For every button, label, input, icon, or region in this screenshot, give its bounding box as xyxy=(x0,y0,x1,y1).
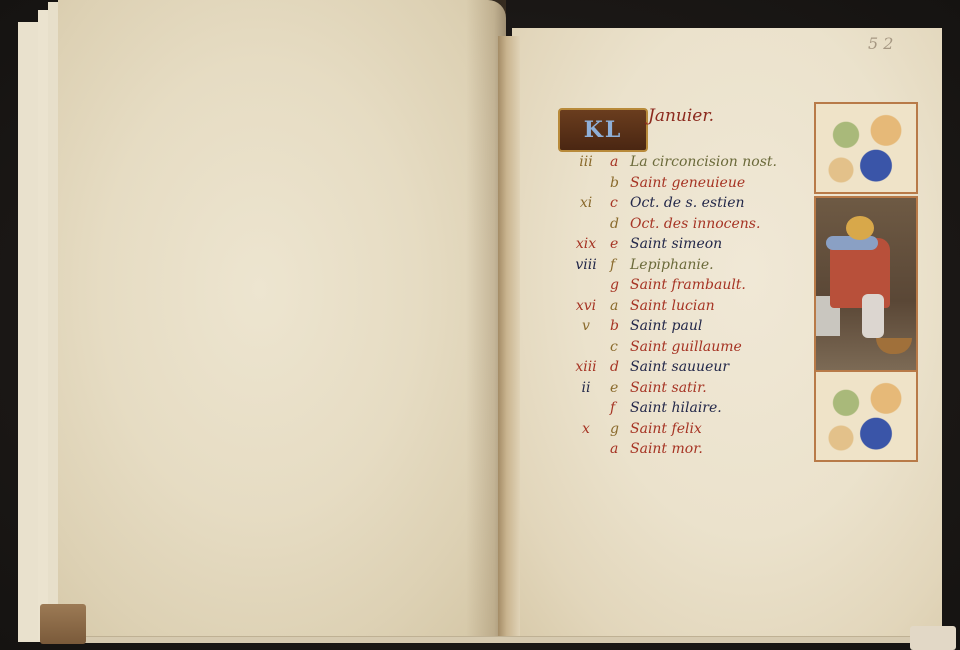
saint-name: Saint felix xyxy=(630,419,702,439)
dominical-letter: c xyxy=(610,337,626,357)
golden-number: viii xyxy=(566,255,606,275)
book-gutter xyxy=(498,36,520,642)
dominical-letter: g xyxy=(610,419,626,439)
calendar-row: xgSaint felix xyxy=(548,419,818,439)
saint-name: Lepiphanie. xyxy=(630,255,714,275)
dominical-letter: a xyxy=(610,152,626,172)
dominical-letter: b xyxy=(610,316,626,336)
saint-name: Saint hilaire. xyxy=(630,398,722,418)
calendar-row: cSaint guillaume xyxy=(548,337,818,357)
month-heading: Januier. xyxy=(648,106,714,126)
golden-number: xi xyxy=(566,193,606,213)
saint-name: Saint guillaume xyxy=(630,337,742,357)
dominical-letter: e xyxy=(610,378,626,398)
figure-leg xyxy=(862,294,884,338)
illuminated-border xyxy=(814,102,914,460)
book-support-block-right xyxy=(910,626,956,650)
book-support-block-left xyxy=(40,604,86,644)
saint-name: Saint mor. xyxy=(630,439,703,459)
dominical-letter: g xyxy=(610,275,626,295)
golden-number: xix xyxy=(566,234,606,254)
dominical-letter: f xyxy=(610,398,626,418)
saint-name: Saint lucian xyxy=(630,296,715,316)
dominical-letter: d xyxy=(610,214,626,234)
golden-number: iii xyxy=(566,152,606,172)
calendar-text-block: KL Januier. iiiaLa circoncision nost.bSa… xyxy=(548,88,818,468)
floral-ornament-top xyxy=(814,102,918,194)
saint-name: Saint geneuieue xyxy=(630,173,745,193)
dominical-letter: b xyxy=(610,173,626,193)
saint-name: Saint simeon xyxy=(630,234,722,254)
dominical-letter: a xyxy=(610,439,626,459)
calendar-row: bSaint geneuieue xyxy=(548,173,818,193)
dominical-letter: e xyxy=(610,234,626,254)
illuminated-initial: KL xyxy=(558,108,648,152)
figure-head xyxy=(846,216,874,240)
calendar-row: gSaint frambault. xyxy=(548,275,818,295)
golden-number: xiii xyxy=(566,357,606,377)
calendar-row: viiifLepiphanie. xyxy=(548,255,818,275)
floral-ornament-bottom xyxy=(814,370,918,462)
saint-name: Oct. des innocens. xyxy=(630,214,760,234)
calendar-row: fSaint hilaire. xyxy=(548,398,818,418)
calendar-row: xviaSaint lucian xyxy=(548,296,818,316)
saint-name: La circoncision nost. xyxy=(630,152,777,172)
calendar-row: aSaint mor. xyxy=(548,439,818,459)
calendar-row: vbSaint paul xyxy=(548,316,818,336)
golden-number: x xyxy=(566,419,606,439)
saint-name: Saint sauueur xyxy=(630,357,729,377)
folio-number: 5 2 xyxy=(868,34,893,53)
golden-number: xvi xyxy=(566,296,606,316)
calendar-row: iieSaint satir. xyxy=(548,378,818,398)
calendar-row: xixeSaint simeon xyxy=(548,234,818,254)
calendar-row: xicOct. de s. estien xyxy=(548,193,818,213)
page-bottom-edge xyxy=(58,636,942,643)
calendar-row: xiiidSaint sauueur xyxy=(548,357,818,377)
dominical-letter: c xyxy=(610,193,626,213)
basket xyxy=(876,338,912,354)
saint-name: Saint satir. xyxy=(630,378,707,398)
left-blank-page xyxy=(58,0,506,642)
dominical-letter: d xyxy=(610,357,626,377)
saint-name: Saint frambault. xyxy=(630,275,746,295)
miniature-feasting-man xyxy=(814,196,918,372)
dominical-letter: a xyxy=(610,296,626,316)
golden-number: v xyxy=(566,316,606,336)
calendar-row: dOct. des innocens. xyxy=(548,214,818,234)
golden-number: ii xyxy=(566,378,606,398)
saint-name: Saint paul xyxy=(630,316,702,336)
calendar-row: iiiaLa circoncision nost. xyxy=(548,152,818,172)
dominical-letter: f xyxy=(610,255,626,275)
saint-name: Oct. de s. estien xyxy=(630,193,745,213)
